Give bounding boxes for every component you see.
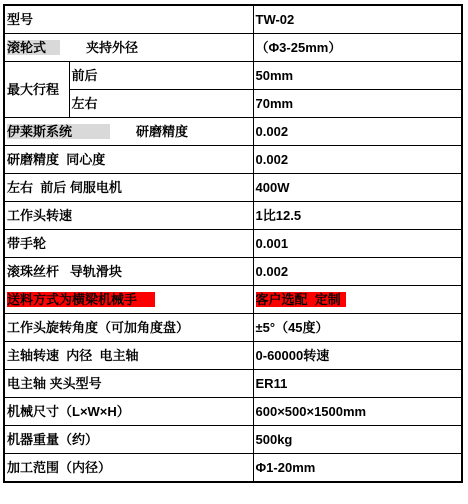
spec-value: 50mm: [256, 68, 294, 83]
table-row-concentricity: 研磨精度 同心度 0.002: [4, 146, 462, 174]
table-row-machine-weight: 机器重量（约） 500kg: [4, 426, 462, 454]
table-row-model: 型号 TW-02: [4, 5, 462, 34]
spec-value: 0.002: [256, 264, 289, 279]
spec-label: 型号: [7, 12, 33, 27]
table-row-ballscrew-rail: 滚珠丝杆 导轨滑块 0.002: [4, 258, 462, 286]
spec-value-cell: Φ1-20mm: [253, 454, 462, 483]
table-row-elesys-precision: 伊莱斯系统研磨精度 0.002: [4, 118, 462, 146]
spec-value: ±5°（45度）: [256, 320, 329, 335]
table-row-servo-motor: 左右 前后 伺服电机 400W: [4, 174, 462, 202]
spec-label-cell: 研磨精度 同心度: [4, 146, 253, 174]
spec-sublabel-cell: 前后: [69, 62, 253, 90]
spec-value-cell: 0.002: [253, 258, 462, 286]
spec-value: 600×500×1500mm: [256, 404, 367, 419]
spec-label-cell: 滚轮式夹持外径: [4, 34, 253, 62]
spec-group-cell: 最大行程: [4, 62, 69, 118]
spec-value: 500kg: [256, 432, 293, 447]
spec-label: 工作头转速: [7, 208, 72, 223]
spec-value: TW-02: [256, 12, 295, 27]
spec-label: 研磨精度: [136, 124, 188, 139]
spec-label: 加工范围（内径）: [7, 460, 111, 475]
spec-value: Φ1-20mm: [256, 460, 316, 475]
spec-label-cell: 机器重量（约）: [4, 426, 253, 454]
spec-value-cell: 客户选配 定制: [253, 286, 462, 314]
spec-label-cell: 滚珠丝杆 导轨滑块: [4, 258, 253, 286]
spec-value-red-highlighted: 客户选配 定制: [256, 292, 346, 307]
spec-value-cell: 0.002: [253, 118, 462, 146]
spec-label: 机械尺寸（L×W×H）: [7, 404, 130, 419]
spec-sublabel: 前后: [72, 68, 98, 83]
spec-label-cell: 型号: [4, 5, 253, 34]
spec-label-highlighted: 滚轮式: [7, 40, 60, 55]
spec-value-cell: （Φ3-25mm）: [253, 34, 462, 62]
spec-sublabel: 左右: [72, 96, 98, 111]
table-row-spindle-speed: 主轴转速 内径 电主轴 0-60000转速: [4, 342, 462, 370]
spec-label: 研磨精度 同心度: [7, 152, 105, 167]
table-row-handwheel: 带手轮 0.001: [4, 230, 462, 258]
spec-table: 型号 TW-02 滚轮式夹持外径 （Φ3-25mm） 最大行程 前后 50mm …: [3, 4, 463, 483]
spec-value: 0.002: [256, 152, 289, 167]
spec-label-cell: 机械尺寸（L×W×H）: [4, 398, 253, 426]
spec-label-cell: 主轴转速 内径 电主轴: [4, 342, 253, 370]
spec-value-cell: 0.002: [253, 146, 462, 174]
table-row-head-speed: 工作头转速 1比12.5: [4, 202, 462, 230]
spec-label: 带手轮: [7, 236, 46, 251]
spec-label-cell: 加工范围（内径）: [4, 454, 253, 483]
spec-value-cell: 0.001: [253, 230, 462, 258]
spec-label-cell: 送料方式为横梁机械手: [4, 286, 253, 314]
spec-label-cell: 电主轴 夹头型号: [4, 370, 253, 398]
spec-label-cell: 左右 前后 伺服电机: [4, 174, 253, 202]
spec-value-cell: 70mm: [253, 90, 462, 118]
spec-label-cell: 工作头转速: [4, 202, 253, 230]
spec-value: （Φ3-25mm）: [256, 40, 342, 55]
spec-label: 滚珠丝杆 导轨滑块: [7, 264, 122, 279]
spec-group-label: 最大行程: [7, 82, 59, 97]
table-row-feeding-method: 送料方式为横梁机械手 客户选配 定制: [4, 286, 462, 314]
spec-value-cell: ±5°（45度）: [253, 314, 462, 342]
table-row-rotation-angle: 工作头旋转角度（可加角度盘） ±5°（45度）: [4, 314, 462, 342]
spec-value: 70mm: [256, 96, 294, 111]
table-row-collet-model: 电主轴 夹头型号 ER11: [4, 370, 462, 398]
spec-value-cell: 0-60000转速: [253, 342, 462, 370]
spec-value-cell: 500kg: [253, 426, 462, 454]
spec-value-cell: TW-02: [253, 5, 462, 34]
spec-value-cell: ER11: [253, 370, 462, 398]
spec-value-cell: 400W: [253, 174, 462, 202]
table-row-clamp-od: 滚轮式夹持外径 （Φ3-25mm）: [4, 34, 462, 62]
spec-label-red-highlighted: 送料方式为横梁机械手: [7, 292, 155, 307]
spec-label-cell: 带手轮: [4, 230, 253, 258]
spec-value: 0.002: [256, 124, 289, 139]
spec-label: 夹持外径: [86, 40, 138, 55]
spec-label: 工作头旋转角度（可加角度盘）: [7, 320, 189, 335]
table-row-max-travel-fb: 最大行程 前后 50mm: [4, 62, 462, 90]
spec-value-cell: 50mm: [253, 62, 462, 90]
spec-label-cell: 工作头旋转角度（可加角度盘）: [4, 314, 253, 342]
spec-value: 1比12.5: [256, 208, 302, 223]
spec-label: 主轴转速 内径 电主轴: [7, 348, 138, 363]
spec-label: 机器重量（约）: [7, 432, 98, 447]
spec-value-cell: 1比12.5: [253, 202, 462, 230]
spec-label-cell: 伊莱斯系统研磨精度: [4, 118, 253, 146]
spec-label: 电主轴 夹头型号: [7, 376, 102, 391]
spec-value: 0-60000转速: [256, 348, 330, 363]
spec-value: 400W: [256, 180, 290, 195]
spec-value: ER11: [256, 376, 288, 391]
spec-value: 0.001: [256, 236, 289, 251]
spec-sublabel-cell: 左右: [69, 90, 253, 118]
table-row-max-travel-lr: 左右 70mm: [4, 90, 462, 118]
table-row-working-range: 加工范围（内径） Φ1-20mm: [4, 454, 462, 483]
spec-value-cell: 600×500×1500mm: [253, 398, 462, 426]
spec-label: 左右 前后 伺服电机: [7, 180, 122, 195]
table-row-machine-size: 机械尺寸（L×W×H） 600×500×1500mm: [4, 398, 462, 426]
spec-label-highlighted: 伊莱斯系统: [7, 124, 110, 139]
